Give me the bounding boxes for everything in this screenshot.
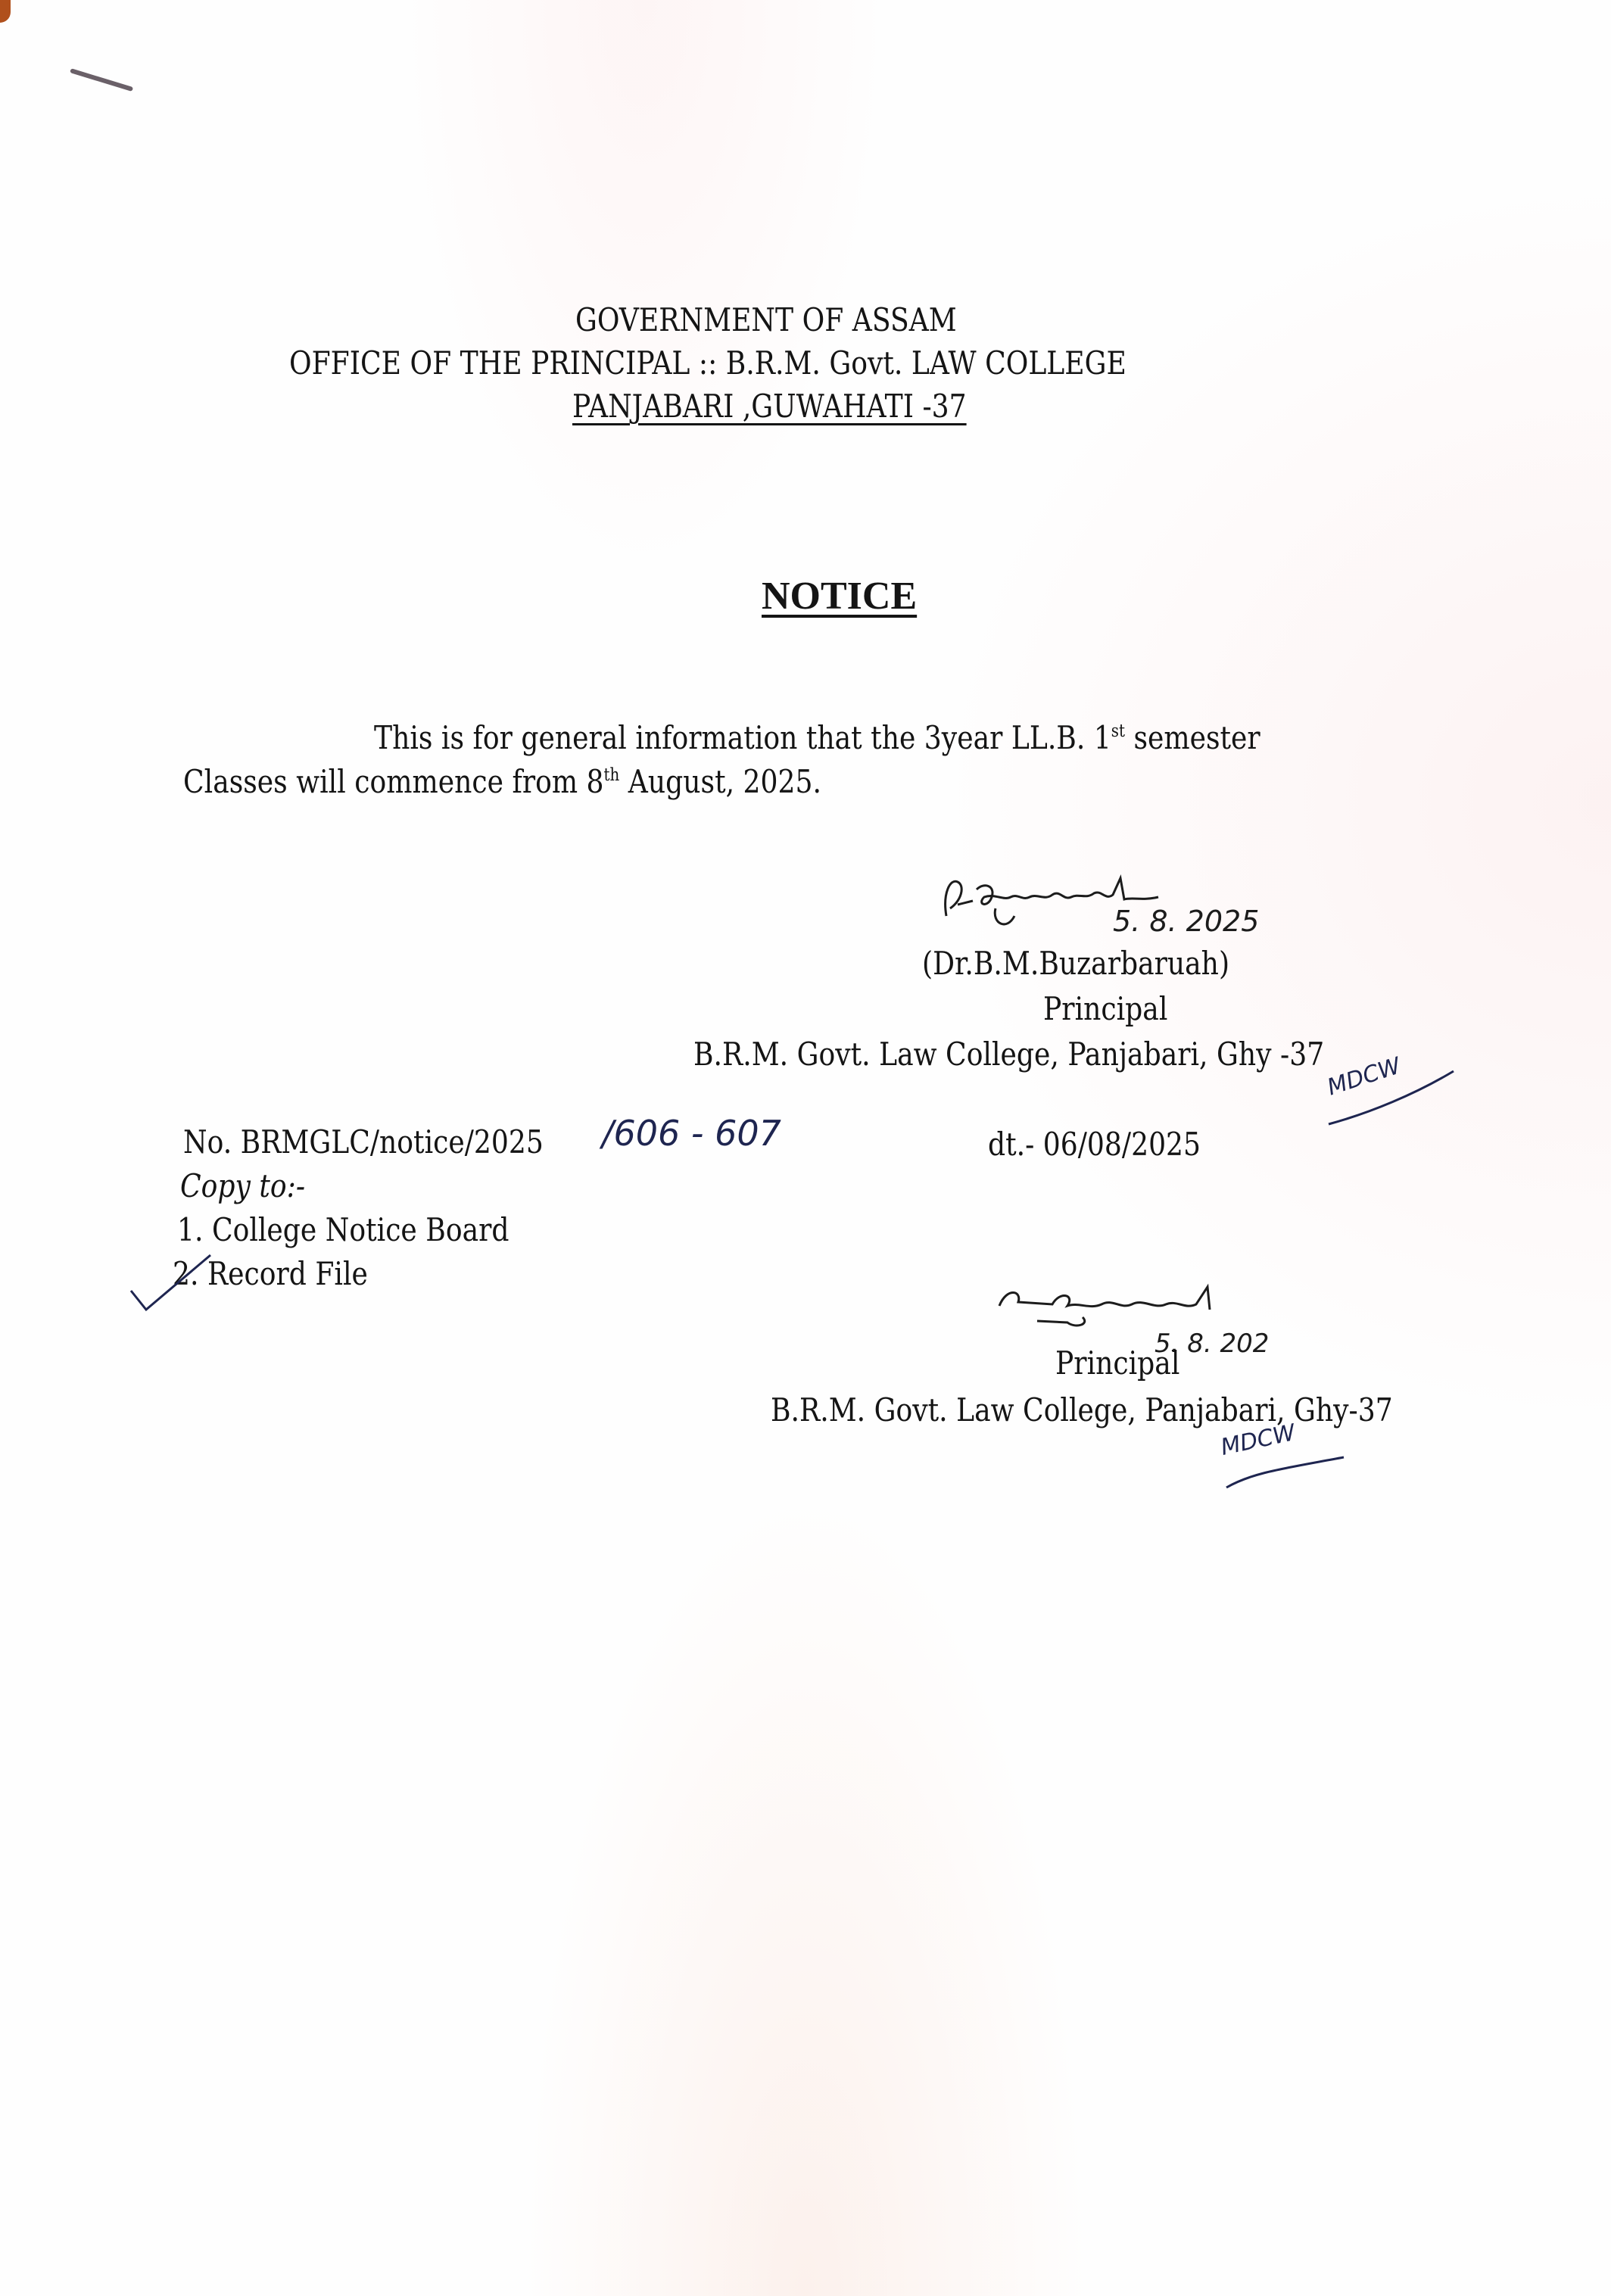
second-signatory-institution: B.R.M. Govt. Law College, Panjabari, Ghy… (771, 1391, 1393, 1428)
body-text: Classes will commence from 8 (183, 763, 604, 800)
notice-body-line1: This is for general information that the… (374, 719, 1260, 756)
reference-date: dt.- 06/08/2025 (988, 1126, 1201, 1163)
staple-mark (70, 68, 133, 92)
signatory-designation: Principal (1043, 990, 1167, 1027)
second-initials-stroke (1223, 1438, 1359, 1491)
reference-number-printed: No. BRMGLC/notice/2025 (183, 1123, 544, 1160)
notice-body-line2: Classes will commence from 8th August, 2… (183, 763, 821, 800)
signatory-institution: B.R.M. Govt. Law College, Panjabari, Ghy… (693, 1036, 1324, 1073)
ordinal-suffix: st (1111, 721, 1125, 741)
date-text: /2025 (1122, 1126, 1201, 1163)
checkmark-icon (127, 1249, 218, 1317)
copy-to-item: 1. College Notice Board (177, 1211, 509, 1248)
signatory-name: (Dr.B.M.Buzarbaruah) (922, 945, 1229, 982)
letterhead-address: PANJABARI ,GUWAHATI -37 (572, 388, 967, 425)
copy-to-heading: Copy to:- (180, 1167, 305, 1204)
body-text: semester (1125, 719, 1260, 756)
letterhead-government: GOVERNMENT OF ASSAM (575, 301, 957, 338)
body-text: August, 2025. (619, 763, 821, 800)
reference-number-handwritten: /606 - 607 (602, 1113, 781, 1154)
second-signatory-designation: Principal (1055, 1344, 1179, 1382)
date-month: 8 (1105, 1126, 1122, 1163)
signature-date: 5. 8. 2025 (1113, 905, 1259, 938)
initials-stroke (1325, 1067, 1461, 1128)
reference-number: No. BRMGLC/notice/2025 (183, 1123, 544, 1160)
letterhead-office: OFFICE OF THE PRINCIPAL :: B.R.M. Govt. … (289, 344, 1126, 382)
corner-mark (0, 0, 11, 23)
body-text: This is for general information that the… (374, 719, 1111, 756)
ordinal-suffix: th (604, 765, 620, 785)
date-text: dt.- 06/0 (988, 1126, 1105, 1163)
notice-title: NOTICE (762, 574, 917, 618)
